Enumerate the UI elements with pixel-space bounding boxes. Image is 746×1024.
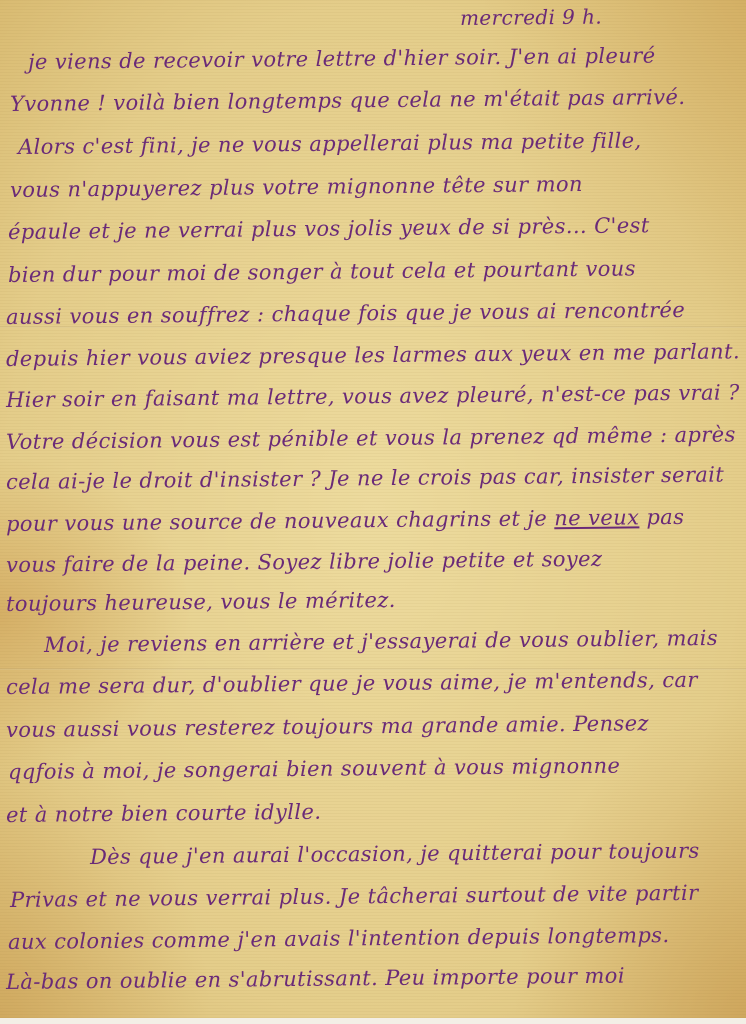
letter-line: Yvonne ! voilà bien longtemps que cela n… (10, 85, 686, 116)
letter-line: Hier soir en faisant ma lettre, vous ave… (6, 380, 740, 412)
letter-line: je viens de recevoir votre lettre d'hier… (28, 43, 656, 74)
letter-line: Privas et ne vous verrai plus. Je tâcher… (10, 881, 699, 912)
letter-line: vous n'appuyerez plus votre mignonne têt… (10, 172, 583, 202)
letter-body: mercredi 9 h. je viens de recevoir votre… (0, 0, 746, 1024)
underlined-phrase: ne veux (554, 505, 639, 530)
letter-line: aussi vous en souffrez : chaque fois que… (6, 298, 685, 329)
letter-line: bien dur pour moi de songer à tout cela … (8, 256, 636, 287)
letter-line: épaule et je ne verrai plus vos jolis ye… (8, 213, 650, 244)
letter-line: Là-bas on oublie en s'abrutissant. Peu i… (6, 964, 625, 994)
letter-line: aux colonies comme j'en avais l'intentio… (8, 923, 670, 954)
letter-page: mercredi 9 h. je viens de recevoir votre… (0, 0, 746, 1024)
letter-line: vous aussi vous resterez toujours ma gra… (6, 711, 649, 742)
letter-line: et à notre bien courte idylle. (6, 800, 322, 827)
letter-line: cela me sera dur, d'oublier que je vous … (6, 668, 698, 699)
date-heading: mercredi 9 h. (460, 5, 602, 30)
letter-line: Moi, je reviens en arrière et j'essayera… (44, 626, 718, 657)
letter-line: cela ai-je le droit d'insister ? Je ne l… (6, 462, 724, 494)
letter-line: pour vous une source de nouveaux chagrin… (6, 505, 685, 536)
letter-line: depuis hier vous aviez presque les larme… (6, 339, 740, 371)
letter-line: vous faire de la peine. Soyez libre joli… (6, 547, 603, 577)
letter-line: Dès que j'en aurai l'occasion, je quitte… (90, 839, 700, 869)
letter-line: Votre décision vous est pénible et vous … (6, 422, 736, 454)
letter-line: qqfois à moi, je songerai bien souvent à… (8, 754, 621, 784)
page-edge (0, 1018, 746, 1024)
letter-line: Alors c'est fini, je ne vous appellerai … (18, 128, 642, 159)
letter-line: toujours heureuse, vous le méritez. (6, 588, 396, 616)
